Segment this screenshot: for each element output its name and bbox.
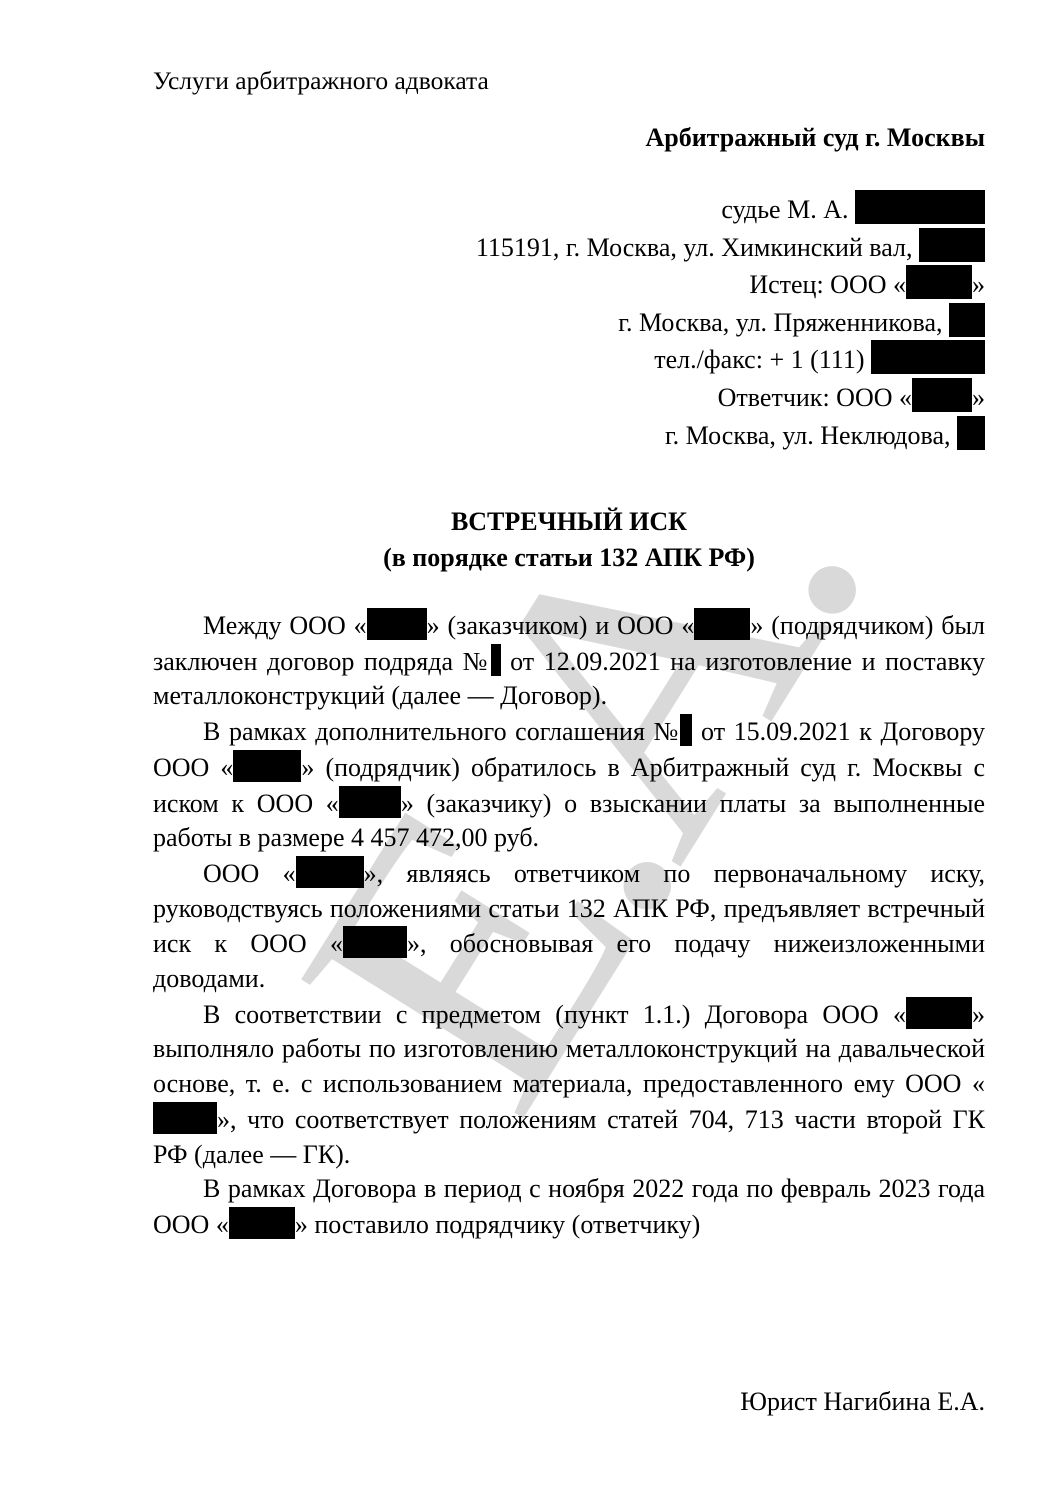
defendant-text: Ответчик: ООО «	[718, 383, 912, 412]
title-line-1: ВСТРЕЧНЫЙ ИСК	[153, 504, 985, 540]
phone-line: тел./факс: + 1 (111)	[285, 340, 985, 378]
redaction-block	[919, 228, 985, 262]
plaintiff-text: Истец: ООО «	[749, 270, 906, 299]
signature: Юрист Нагибина Е.А.	[740, 1385, 985, 1419]
text: » поставило подрядчику (ответчику)	[295, 1210, 700, 1239]
redaction-block	[912, 378, 972, 412]
text: В соответствии с предметом (пункт 1.1.) …	[203, 1000, 906, 1029]
paragraph-4: В соответствии с предметом (пункт 1.1.) …	[153, 997, 985, 1173]
text: » (заказчиком) и ООО «	[427, 611, 695, 640]
title-line-2: (в порядке статьи 132 АПК РФ)	[153, 540, 985, 576]
quote-close: »	[972, 383, 985, 412]
quote-close: »	[972, 270, 985, 299]
redaction-block	[906, 997, 972, 1029]
redaction-block	[491, 644, 501, 676]
redaction-block	[229, 1207, 295, 1239]
defendant-address-text: г. Москва, ул. Неклюдова,	[665, 421, 951, 450]
court-address-line: 115191, г. Москва, ул. Химкинский вал,	[285, 228, 985, 266]
defendant-address-line: г. Москва, ул. Неклюдова,	[285, 416, 985, 454]
text: В рамках дополнительного соглашения №	[203, 717, 680, 746]
redaction-block	[957, 416, 985, 450]
defendant-line: Ответчик: ООО «»	[285, 378, 985, 416]
redaction-block	[680, 714, 692, 746]
judge-line: судье М. А.	[285, 190, 985, 228]
redaction-block	[296, 856, 364, 888]
redaction-block	[233, 750, 301, 782]
paragraph-1: Между ООО «» (заказчиком) и ООО «» (подр…	[153, 608, 985, 714]
phone-text: тел./факс: + 1 (111)	[654, 345, 864, 374]
paragraph-2: В рамках дополнительного соглашения № от…	[153, 714, 985, 856]
document-page: Е.А. Услуги арбитражного адвоката Арбитр…	[0, 0, 1061, 1500]
redaction-block	[367, 608, 427, 640]
redaction-block	[871, 340, 985, 374]
redaction-block	[949, 303, 985, 337]
text: », что соответствует положениям статей 7…	[153, 1105, 985, 1169]
top-note: Услуги арбитражного адвоката	[153, 64, 489, 98]
plaintiff-address-line: г. Москва, ул. Пряженникова,	[285, 303, 985, 341]
redaction-block	[855, 190, 985, 224]
judge-text: судье М. А.	[721, 195, 848, 224]
court-address-text: 115191, г. Москва, ул. Химкинский вал,	[476, 233, 913, 262]
plaintiff-address-text: г. Москва, ул. Пряженникова,	[618, 308, 942, 337]
plaintiff-line: Истец: ООО «»	[285, 265, 985, 303]
paragraph-3: ООО «», являясь ответчиком по первоначал…	[153, 856, 985, 997]
document-title: ВСТРЕЧНЫЙ ИСК (в порядке статьи 132 АПК …	[153, 504, 985, 576]
header-address-block: судье М. А. 115191, г. Москва, ул. Химки…	[285, 190, 985, 453]
redaction-block	[343, 926, 407, 958]
paragraph-5: В рамках Договора в период с ноября 2022…	[153, 1172, 985, 1242]
redaction-block	[694, 608, 750, 640]
court-name: Арбитражный суд г. Москвы	[645, 121, 985, 155]
redaction-block	[339, 786, 401, 818]
redaction-block	[906, 265, 972, 299]
text: Между ООО «	[203, 611, 367, 640]
text: ООО «	[203, 859, 296, 888]
document-body: Между ООО «» (заказчиком) и ООО «» (подр…	[153, 608, 985, 1243]
redaction-block	[153, 1102, 217, 1134]
